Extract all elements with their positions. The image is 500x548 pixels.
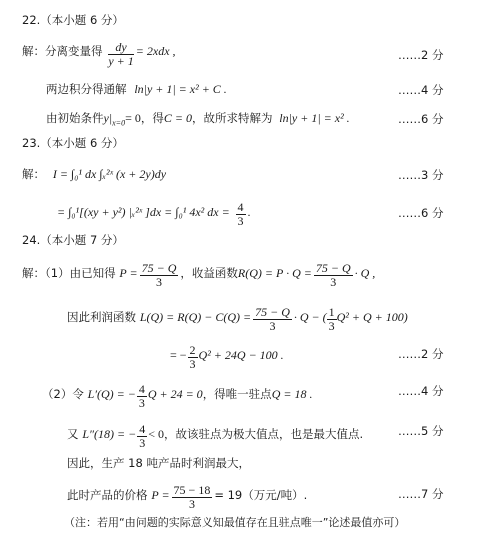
q24-part2-line3: 因此，生产 18 吨产品时利润最大， xyxy=(67,456,250,470)
q24-header: 24.（本小题 7 分） xyxy=(22,233,124,247)
q23-line1: 解： I = ∫₀¹ dx ∫ₓ²ˣ (x + 2y)dy xyxy=(22,167,166,181)
q23-header: 23.（本小题 6 分） xyxy=(22,136,124,150)
q22-header: 22.（本小题 6 分） xyxy=(22,13,124,27)
fraction-2-3: 23 xyxy=(188,344,198,371)
fraction-4-3: 4 3 xyxy=(236,201,246,228)
q24-part1-line3: = −23Q² + 24Q − 100 . xyxy=(170,344,284,371)
fraction-4-3-a: 43 xyxy=(137,383,147,410)
q24-part2-line4: 此时产品的价格 P =75 − 183= 19（万元/吨）. xyxy=(67,484,307,511)
q22-line1-text: 分离变量得 xyxy=(45,44,103,58)
q23-score-1: ……3 分 xyxy=(398,167,443,183)
q22-general-solution: ln|y + 1| = x² + C . xyxy=(134,82,226,96)
q24-part1-line1: 解：（1）由已知得 P =75 − Q3，收益函数R(Q) = P · Q =7… xyxy=(22,262,375,289)
q22-particular-solution: ln|y + 1| = x² . xyxy=(279,111,349,125)
fraction-4-3-b: 43 xyxy=(137,423,147,450)
q22-line2: 两边积分得通解 ln|y + 1| = x² + C . xyxy=(46,82,227,96)
q22-score-2: ……4 分 xyxy=(398,82,443,98)
q23-double-integral: I = ∫₀¹ dx ∫ₓ²ˣ (x + 2y)dy xyxy=(53,167,166,181)
solve-label: 解： xyxy=(22,44,45,58)
q24-score-4: ……4 分 xyxy=(398,383,443,399)
q23-score-2: ……6 分 xyxy=(398,205,443,221)
fraction-revenue: 75 − Q3 xyxy=(314,262,353,289)
fraction-price-18: 75 − 183 xyxy=(172,484,213,511)
q24-part1-line2: 因此利润函数 L(Q) = R(Q) − C(Q) =75 − Q3· Q − … xyxy=(67,306,408,333)
q24-part2-line2: 又 L″(18) = −43< 0，故该驻点为极大值点，也是最大值点. xyxy=(67,423,363,450)
q24-score-7: ……7 分 xyxy=(398,486,443,502)
q24-score-2: ……2 分 xyxy=(398,346,443,362)
q24-note: （注：若用“由问题的实际意义知最值存在且驻点唯一”论述最值亦可） xyxy=(64,516,405,530)
fraction-1-3: 13 xyxy=(327,306,337,333)
q22-line1: 解：分离变量得 dy y + 1 = 2xdx , xyxy=(22,41,176,68)
q23-line2: = ∫₀¹[(xy + y²) |ₓ²ˣ ]dx = ∫₀¹ 4x² dx = … xyxy=(57,201,251,228)
fraction-price: 75 − Q3 xyxy=(140,262,179,289)
q24-score-5: ……5 分 xyxy=(398,423,443,439)
q24-part2-line1: （2）令 L′(Q) = −43Q + 24 = 0，得唯一驻点Q = 18 . xyxy=(42,383,312,410)
q22-score-3: ……6 分 xyxy=(398,111,443,127)
q22-line1-rhs: = 2xdx , xyxy=(136,44,176,58)
fraction-profit: 75 − Q3 xyxy=(253,306,292,333)
q22-score-1: ……2 分 xyxy=(398,47,443,63)
fraction-dy-over-y-plus-1: dy y + 1 xyxy=(108,41,133,68)
q22-line3: 由初始条件y|x=0= 0，得C = 0，故所求特解为 ln|y + 1| = … xyxy=(46,111,350,125)
